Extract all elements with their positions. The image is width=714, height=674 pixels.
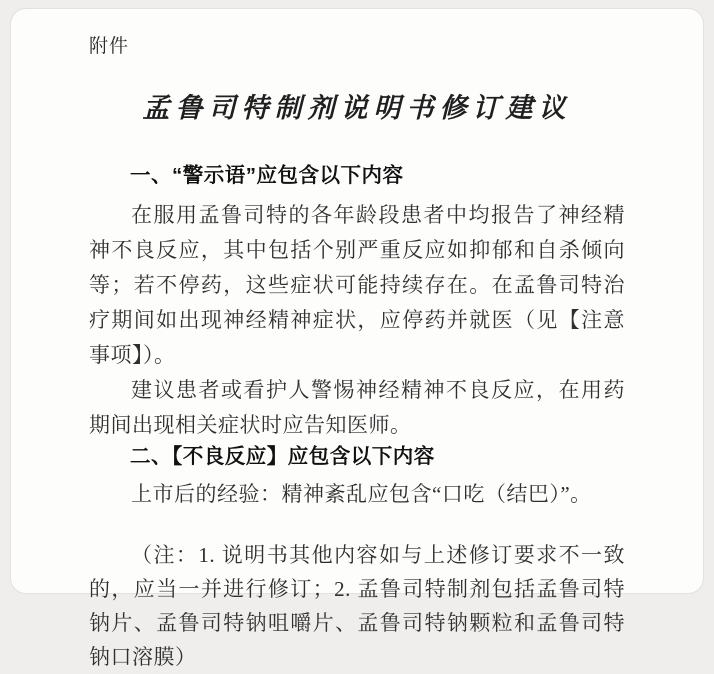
document-page: 附件 孟鲁司特制剂说明书修订建议 一、“警示语”应包含以下内容 在服用孟鲁司特的… bbox=[10, 8, 704, 594]
section-2-heading: 二、【不良反应】应包含以下内容 bbox=[89, 443, 625, 471]
section-2-paragraph-1: 上市后的经验：精神紊乱应包含“口吃（结巴）”。 bbox=[89, 477, 625, 512]
attachment-label: 附件 bbox=[89, 31, 625, 58]
section-1-paragraph-2: 建议患者或看护人警惕神经精神不良反应，在用药期间出现相关症状时应告知医师。 bbox=[89, 373, 625, 443]
document-title: 孟鲁司特制剂说明书修订建议 bbox=[89, 86, 625, 126]
note-paragraph: （注：1. 说明书其他内容如与上述修订要求不一致的，应当一并进行修订；2. 孟鲁… bbox=[89, 538, 625, 608]
section-1-paragraph-1: 在服用孟鲁司特的各年龄段患者中均报告了神经精神不良反应，其中包括个别严重反应如抑… bbox=[89, 198, 625, 373]
section-1-heading: 一、“警示语”应包含以下内容 bbox=[89, 162, 625, 190]
